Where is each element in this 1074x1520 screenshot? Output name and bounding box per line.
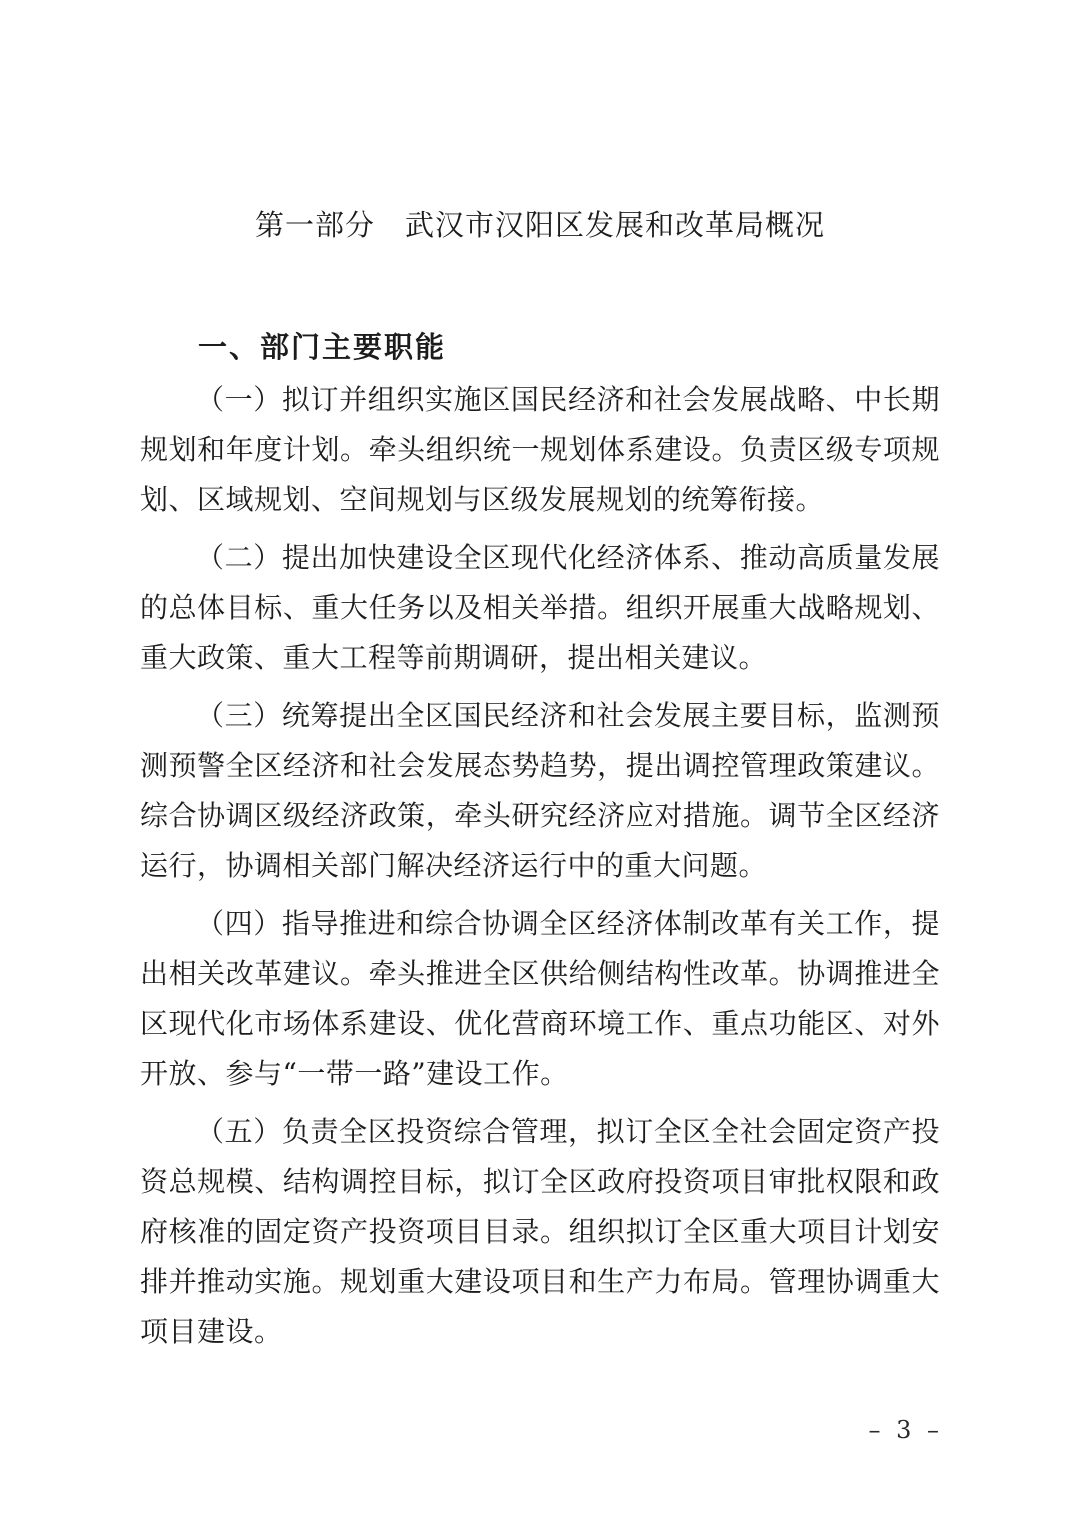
body-paragraph: （三）统筹提出全区国民经济和社会发展主要目标，监测预测预警全区经济和社会发展态势… [140, 691, 940, 891]
page-content: 第一部分 武汉市汉阳区发展和改革局概况 一、部门主要职能 （一）拟订并组织实施区… [140, 0, 940, 1357]
document-page: 第一部分 武汉市汉阳区发展和改革局概况 一、部门主要职能 （一）拟订并组织实施区… [0, 0, 1074, 1520]
body-paragraph: （四）指导推进和综合协调全区经济体制改革有关工作，提出相关改革建议。牵头推进全区… [140, 899, 940, 1099]
page-number: – 3 – [868, 1416, 943, 1444]
body-paragraph: （五）负责全区投资综合管理，拟订全区全社会固定资产投资总规模、结构调控目标，拟订… [140, 1107, 940, 1357]
section-heading: 一、部门主要职能 [140, 325, 940, 370]
body-paragraph: （二）提出加快建设全区现代化经济体系、推动高质量发展的总体目标、重大任务以及相关… [140, 533, 940, 683]
body-paragraph: （一）拟订并组织实施区国民经济和社会发展战略、中长期规划和年度计划。牵头组织统一… [140, 375, 940, 525]
page-title: 第一部分 武汉市汉阳区发展和改革局概况 [140, 205, 940, 245]
